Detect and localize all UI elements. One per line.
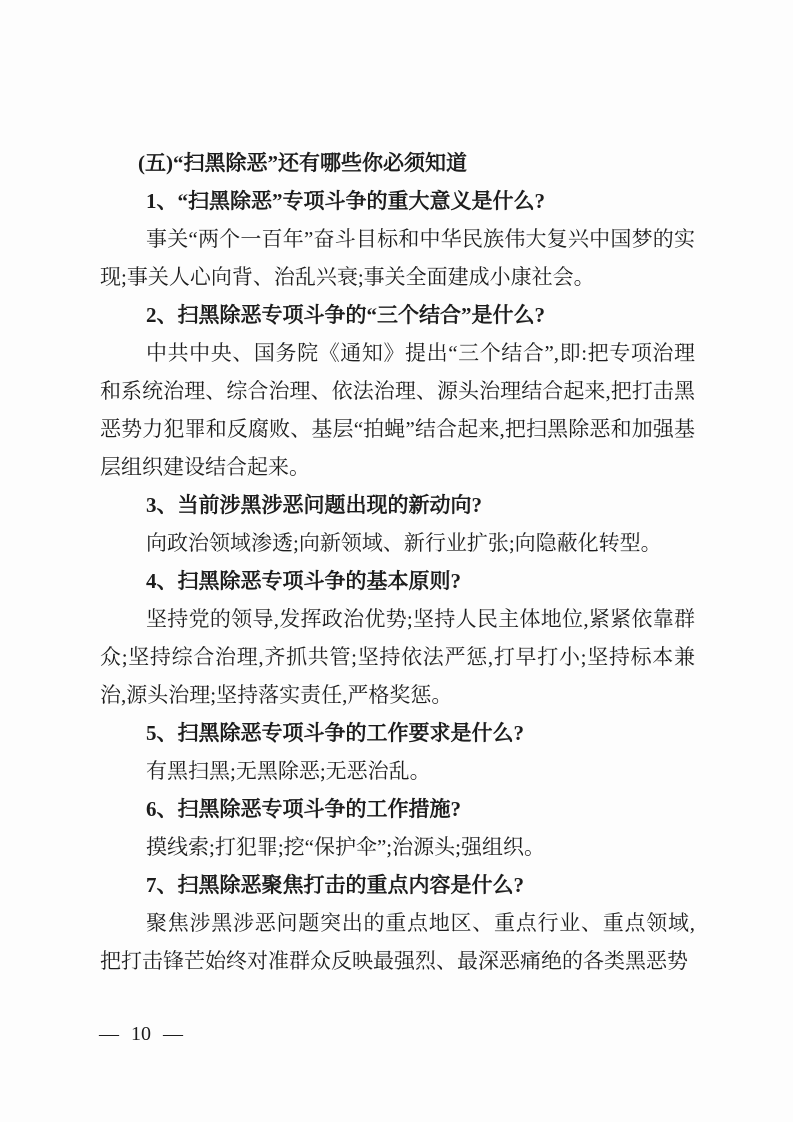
answer-1: 事关“两个一百年”奋斗目标和中华民族伟大复兴中国梦的实现;事关人心向背、治乱兴衰… [100, 220, 695, 296]
answer-5: 有黑扫黑;无黑除恶;无恶治乱。 [100, 752, 695, 790]
question-2: 2、扫黑除恶专项斗争的“三个结合”是什么? [100, 296, 695, 334]
answer-6: 摸线索;打犯罪;挖“保护伞”;治源头;强组织。 [100, 828, 695, 866]
document-page: (五)“扫黑除恶”还有哪些你必须知道 1、“扫黑除恶”专项斗争的重大意义是什么?… [0, 0, 793, 1122]
answer-3: 向政治领域渗透;向新领域、新行业扩张;向隐蔽化转型。 [100, 524, 695, 562]
question-1: 1、“扫黑除恶”专项斗争的重大意义是什么? [100, 182, 695, 220]
answer-4: 坚持党的领导,发挥政治优势;坚持人民主体地位,紧紧依靠群众;坚持综合治理,齐抓共… [100, 600, 695, 714]
page-number: — 10 — [99, 1023, 183, 1045]
answer-7: 聚焦涉黑涉恶问题突出的重点地区、重点行业、重点领域,把打击锋芒始终对准群众反映最… [100, 904, 695, 980]
question-5: 5、扫黑除恶专项斗争的工作要求是什么? [100, 714, 695, 752]
answer-2: 中共中央、国务院《通知》提出“三个结合”,即:把专项治理和系统治理、综合治理、依… [100, 334, 695, 486]
page-footer: — 10 — [99, 1015, 183, 1053]
question-7: 7、扫黑除恶聚焦打击的重点内容是什么? [100, 866, 695, 904]
page-body-text: (五)“扫黑除恶”还有哪些你必须知道 1、“扫黑除恶”专项斗争的重大意义是什么?… [100, 144, 695, 980]
question-3: 3、当前涉黑涉恶问题出现的新动向? [100, 486, 695, 524]
question-6: 6、扫黑除恶专项斗争的工作措施? [100, 790, 695, 828]
question-4: 4、扫黑除恶专项斗争的基本原则? [100, 562, 695, 600]
section-heading: (五)“扫黑除恶”还有哪些你必须知道 [100, 144, 695, 182]
